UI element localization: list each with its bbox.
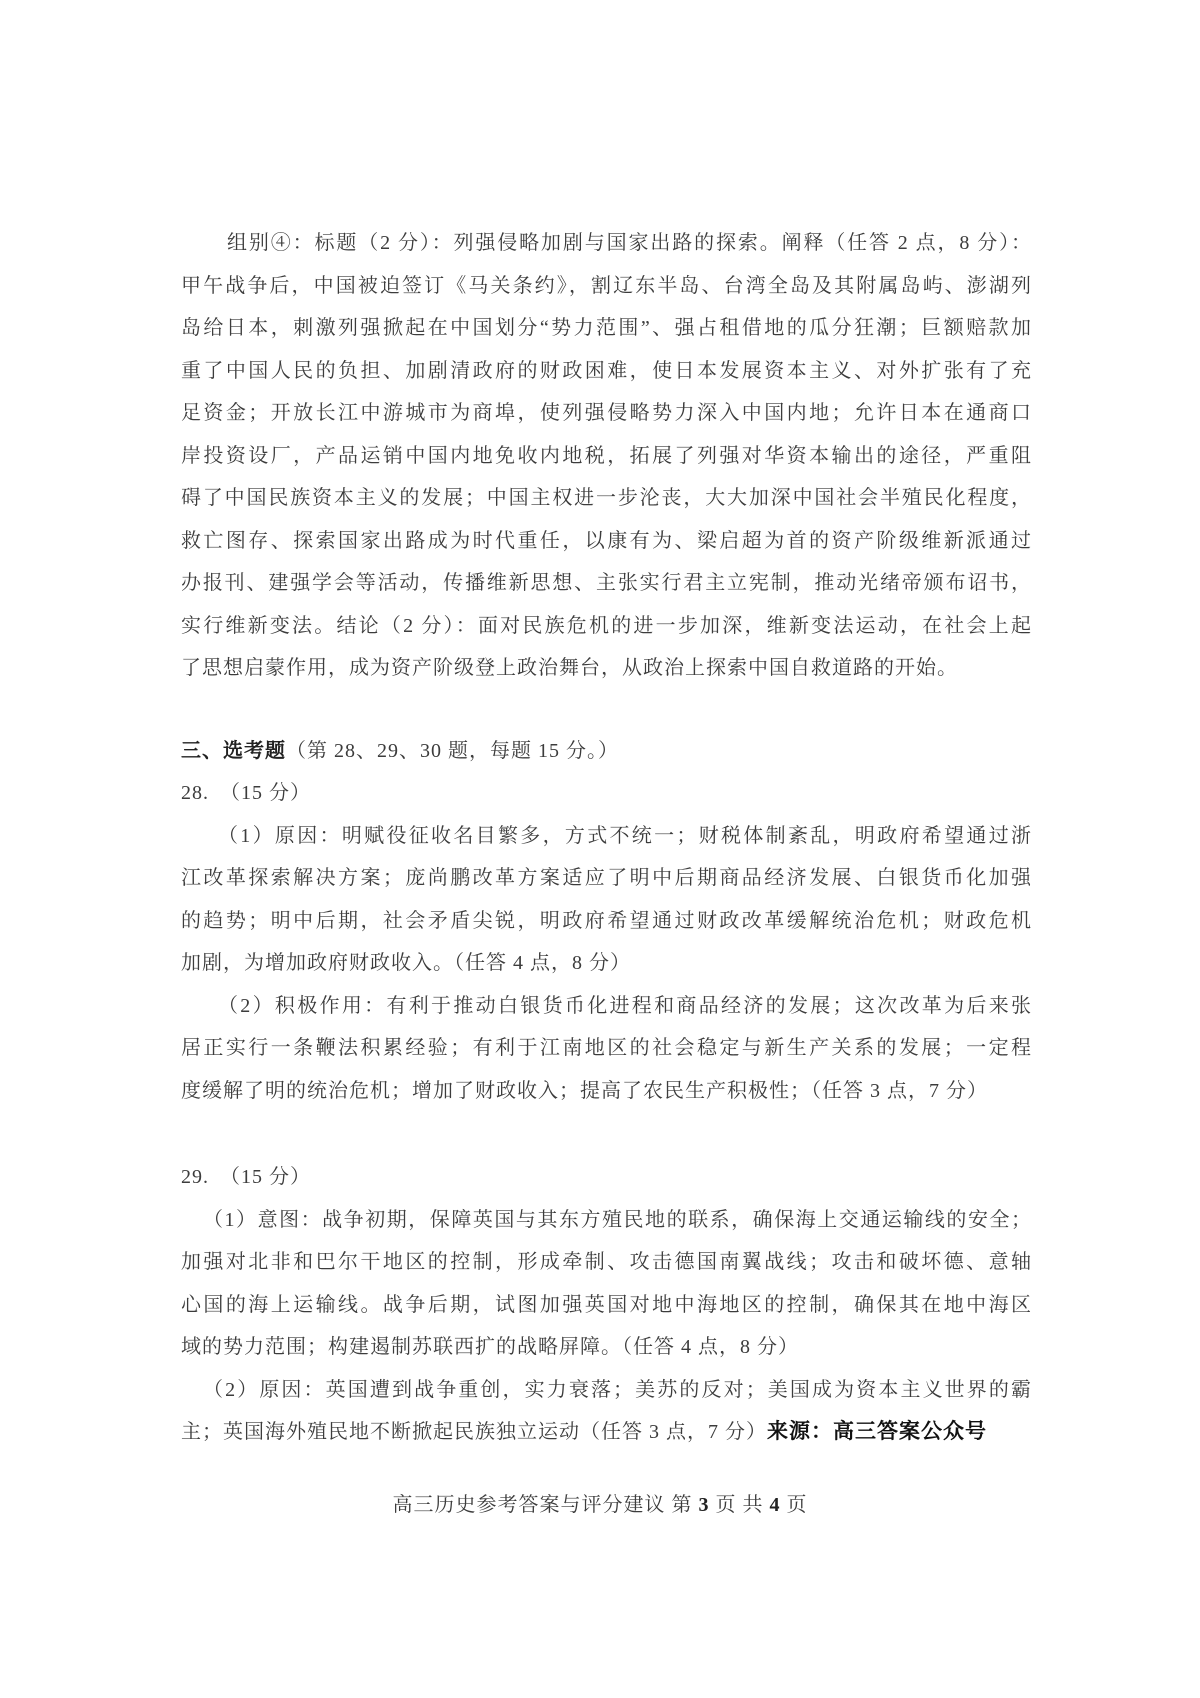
answer-line: （1）原因：明赋役征收名目繁多，方式不统一；财税体制紊乱，明政府希望通过浙	[181, 815, 1032, 858]
footer-page-number: 4	[770, 1494, 781, 1516]
section-heading-detail: （第 28、29、30 题，每题 15 分。）	[286, 740, 619, 762]
footer-text: 页	[781, 1494, 808, 1516]
footer-text: 页 共	[710, 1494, 770, 1516]
section-heading: 三、选考题（第 28、29、30 题，每题 15 分。）	[181, 730, 1032, 773]
answer-line: 居正实行一条鞭法积累经验；有利于江南地区的社会稳定与新生产关系的发展；一定程	[181, 1027, 1032, 1070]
question-number-line: 28. （15 分）	[181, 772, 1032, 815]
answer-line: 江改革探索解决方案；庞尚鹏改革方案适应了明中后期商品经济发展、白银货币化加强	[181, 857, 1032, 900]
answer-line: 实行维新变法。结论（2 分）：面对民族危机的进一步加深，维新变法运动，在社会上起	[181, 605, 1032, 648]
answer-line: 碍了中国民族资本主义的发展；中国主权进一步沦丧，大大加深中国社会半殖民化程度，	[181, 477, 1032, 520]
answer-line-text: 主；英国海外殖民地不断掀起民族独立运动（任答 3 点，7 分）	[181, 1421, 767, 1443]
answer-line: 组别④：标题（2 分）：列强侵略加剧与国家出路的探索。阐释（任答 2 点，8 分…	[181, 222, 1032, 265]
answer-line: 岸投资设厂，产品运销中国内地免收内地税，拓展了列强对华资本输出的途径，严重阻	[181, 435, 1032, 478]
section-gap	[181, 1112, 1032, 1156]
answer-line: （2）原因：英国遭到战争重创，实力衰落；美苏的反对；美国成为资本主义世界的霸	[181, 1369, 1032, 1412]
answer-line: 度缓解了明的统治危机；增加了财政收入；提高了农民生产积极性；（任答 3 点，7 …	[181, 1070, 1032, 1113]
answer-line: 重了中国人民的负担、加剧清政府的财政困难，使日本发展资本主义、对外扩张有了充	[181, 350, 1032, 393]
answer-paragraph: （1）原因：明赋役征收名目繁多，方式不统一；财税体制紊乱，明政府希望通过浙江改革…	[181, 815, 1032, 985]
answer-line: （2）积极作用：有利于推动白银货币化进程和商品经济的发展；这次改革为后来张	[181, 985, 1032, 1028]
footer-page-number: 3	[699, 1494, 710, 1516]
answer-line: 主；英国海外殖民地不断掀起民族独立运动（任答 3 点，7 分）来源：高三答案公众…	[181, 1411, 1032, 1454]
section-gap	[181, 690, 1032, 730]
answer-paragraph: （2）原因：英国遭到战争重创，实力衰落；美苏的反对；美国成为资本主义世界的霸主；…	[181, 1369, 1032, 1454]
answer-line: 办报刊、建强学会等活动，传播维新思想、主张实行君主立宪制，推动光绪帝颁布诏书，	[181, 562, 1032, 605]
answer-line: 足资金；开放长江中游城市为商埠，使列强侵略势力深入中国内地；允许日本在通商口	[181, 392, 1032, 435]
page-footer: 高三历史参考答案与评分建议 第 3 页 共 4 页	[0, 1488, 1200, 1517]
answer-paragraph: 组别④：标题（2 分）：列强侵略加剧与国家出路的探索。阐释（任答 2 点，8 分…	[181, 222, 1032, 690]
source-label: 来源：高三答案公众号	[767, 1420, 987, 1443]
answer-line: 加强对北非和巴尔干地区的控制，形成牵制、攻击德国南翼战线；攻击和破坏德、意轴	[181, 1241, 1032, 1284]
section-heading-title: 三、选考题	[181, 740, 286, 762]
footer-text: 高三历史参考答案与评分建议 第	[393, 1494, 699, 1516]
answer-line: （1）意图：战争初期，保障英国与其东方殖民地的联系，确保海上交通运输线的安全；	[181, 1199, 1032, 1242]
answer-line: 岛给日本，刺激列强掀起在中国划分“势力范围”、强占租借地的瓜分狂潮；巨额赔款加	[181, 307, 1032, 350]
document-page: 组别④：标题（2 分）：列强侵略加剧与国家出路的探索。阐释（任答 2 点，8 分…	[0, 0, 1200, 1698]
answer-line: 救亡图存、探索国家出路成为时代重任，以康有为、梁启超为首的资产阶级维新派通过	[181, 520, 1032, 563]
answer-line: 的趋势；明中后期，社会矛盾尖锐，明政府希望通过财政改革缓解统治危机；财政危机	[181, 900, 1032, 943]
answer-paragraph: （1）意图：战争初期，保障英国与其东方殖民地的联系，确保海上交通运输线的安全；加…	[181, 1199, 1032, 1369]
answer-line: 加剧，为增加政府财政收入。（任答 4 点，8 分）	[181, 942, 1032, 985]
question-number-line: 29. （15 分）	[181, 1156, 1032, 1199]
answer-line: 甲午战争后，中国被迫签订《马关条约》，割辽东半岛、台湾全岛及其附属岛屿、澎湖列	[181, 265, 1032, 308]
answer-paragraph: （2）积极作用：有利于推动白银货币化进程和商品经济的发展；这次改革为后来张居正实…	[181, 985, 1032, 1113]
answer-line: 域的势力范围；构建遏制苏联西扩的战略屏障。（任答 4 点，8 分）	[181, 1326, 1032, 1369]
document-content: 组别④：标题（2 分）：列强侵略加剧与国家出路的探索。阐释（任答 2 点，8 分…	[181, 222, 1032, 1454]
answer-line: 心国的海上运输线。战争后期，试图加强英国对地中海地区的控制，确保其在地中海区	[181, 1284, 1032, 1327]
answer-line: 了思想启蒙作用，成为资产阶级登上政治舞台，从政治上探索中国自救道路的开始。	[181, 647, 1032, 690]
